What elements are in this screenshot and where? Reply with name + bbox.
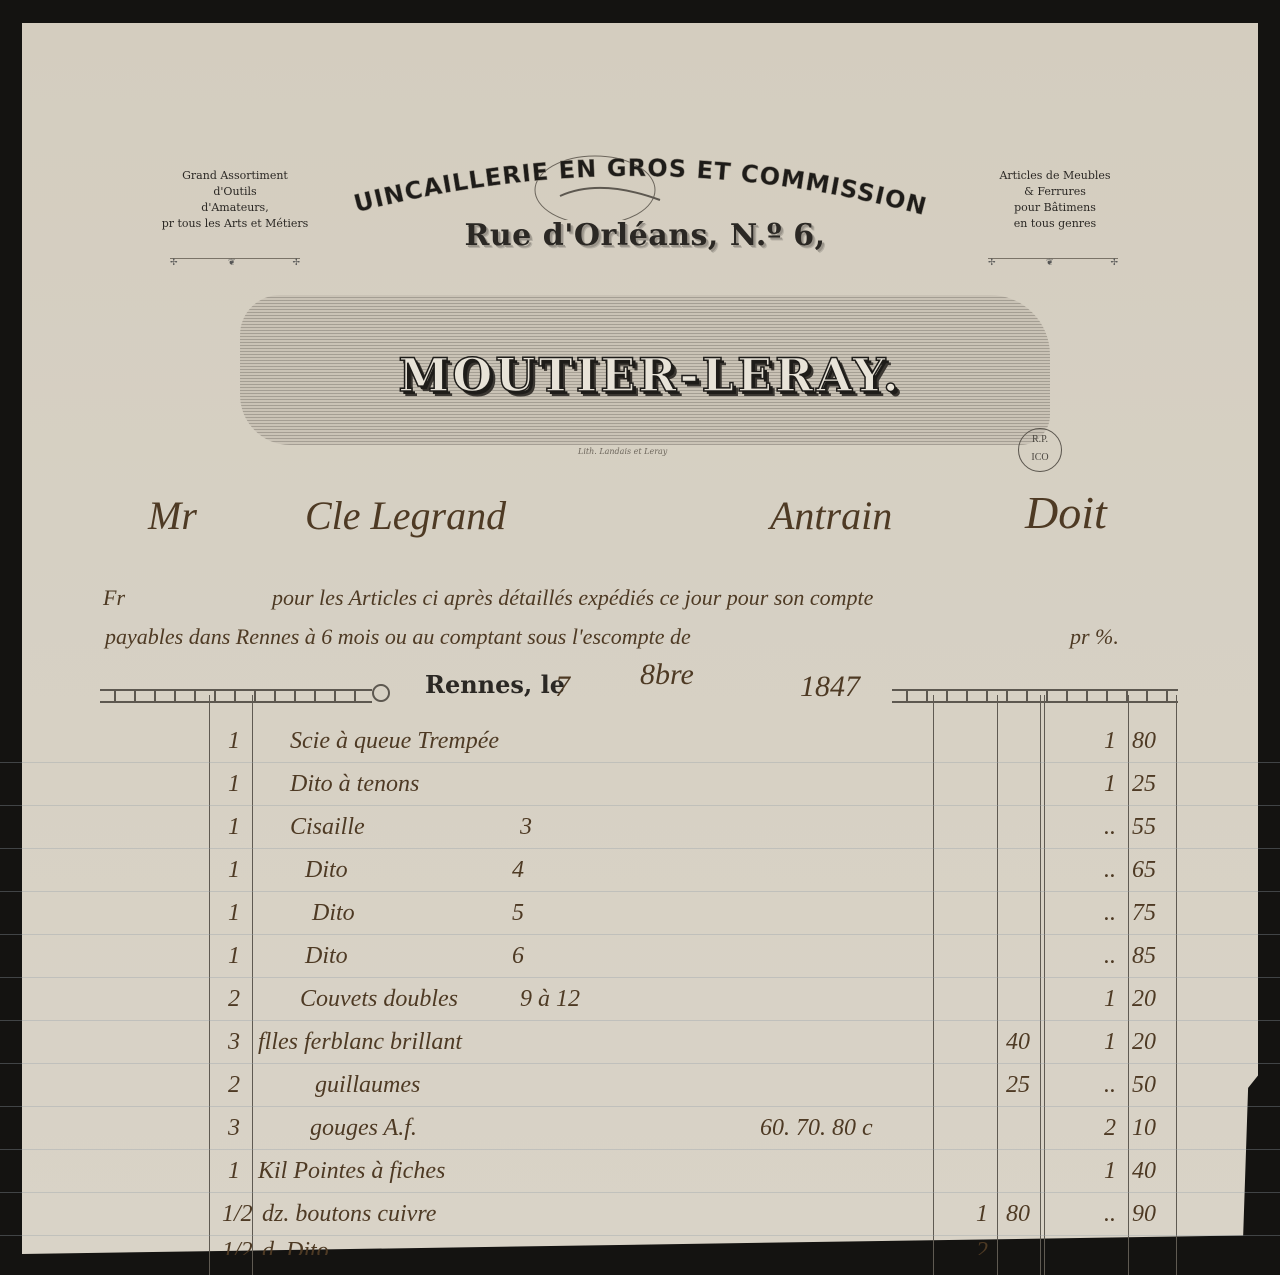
item-unit-francs: 2 — [958, 1238, 988, 1255]
item-desc: d. Dito — [262, 1238, 329, 1255]
item-qty: 1/2 — [222, 1238, 246, 1255]
table-row: 1/2 d. Dito 2 — [0, 0, 1280, 1255]
